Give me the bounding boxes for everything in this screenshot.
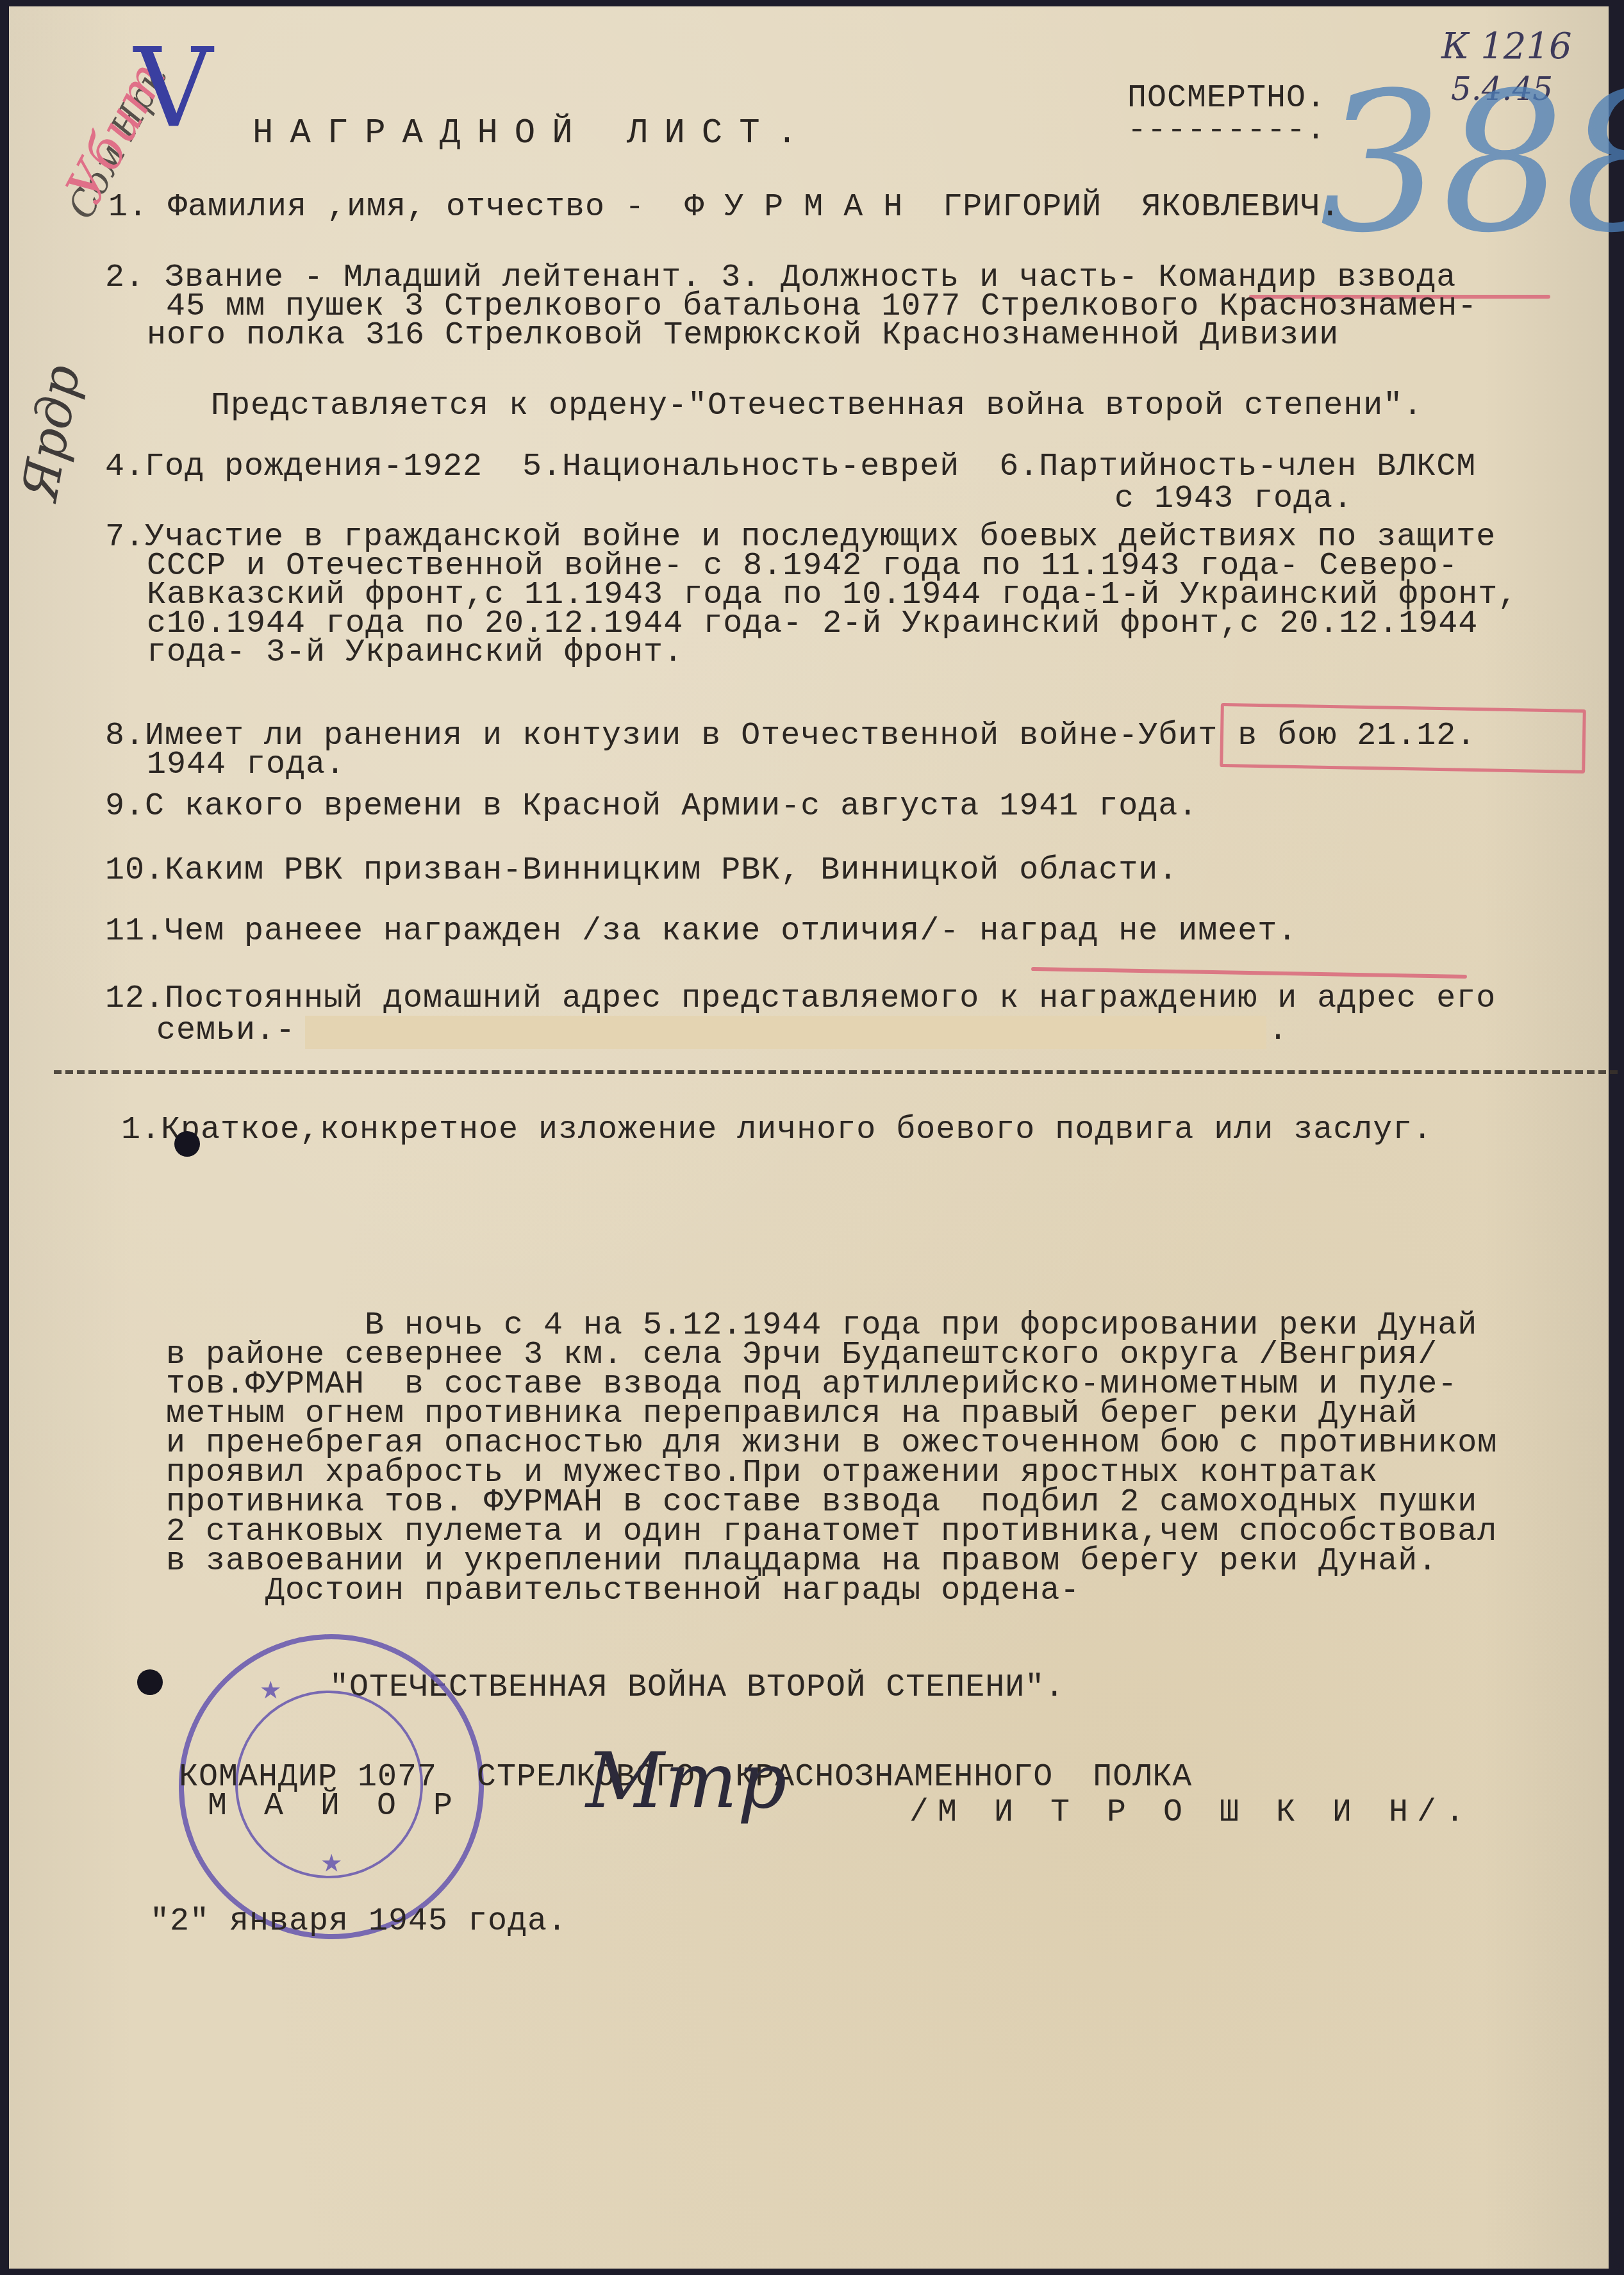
field-11: 11.Чем ранеее награжден /за какие отличи… xyxy=(105,913,1297,950)
document-title: НАГРАДНОЙ ЛИСТ. xyxy=(253,115,814,153)
field-12-end: . xyxy=(1268,1013,1288,1050)
field-9: 9.С какого времени в Красной Армии-с авг… xyxy=(105,788,1198,825)
handwritten-signature: Mтр xyxy=(586,1737,786,1826)
stamp-star-icon: ★ xyxy=(322,1851,341,1876)
signatory-name: /М И Т Р О Ш К И Н/. xyxy=(909,1794,1473,1832)
section-divider xyxy=(54,1070,1618,1074)
section-1-heading: 1.Краткое,конкретное изложение личного б… xyxy=(121,1112,1432,1149)
field-8-line2: 1944 года. xyxy=(147,747,345,784)
underline-no-awards xyxy=(1031,967,1467,979)
margin-note-left: Ярдр xyxy=(11,361,91,505)
field-12-line2: семьи.- xyxy=(156,1013,295,1050)
stamp-star-icon: ★ xyxy=(261,1678,280,1703)
redacted-address xyxy=(305,1016,1266,1049)
margin-checkmark-blue: V xyxy=(134,26,213,153)
signature-date: "2" января 1945 года. xyxy=(150,1903,567,1940)
award-nomination: Представляется к ордену-"Отечественная в… xyxy=(211,388,1423,425)
posthumous-underline: ---------. xyxy=(1127,112,1326,149)
field-7-line5: года- 3-й Украинский фронт. xyxy=(147,634,683,672)
field-3-unit-line3: ного полка 316 Стрелковой Темрюкской Кра… xyxy=(147,317,1339,354)
award-sheet-page: Сом Нрк Убит V Ярдр К 1216 5.4.45 388 НА… xyxy=(9,6,1609,2269)
archive-blue-number: 388 xyxy=(1320,51,1624,275)
signatory-rank: М А Й О Р xyxy=(208,1788,461,1825)
punch-hole xyxy=(174,1131,200,1157)
punch-hole xyxy=(137,1669,163,1695)
field-10: 10.Каким РВК призван-Винницким РВК, Винн… xyxy=(105,852,1178,889)
narrative-line: Достоин правительственной награды ордена… xyxy=(166,1573,1080,1610)
field-1-full-name: 1. Фамилия ,имя, отчество - Ф У Р М А Н … xyxy=(108,189,1340,226)
field-6-since: с 1943 года. xyxy=(1114,481,1353,518)
